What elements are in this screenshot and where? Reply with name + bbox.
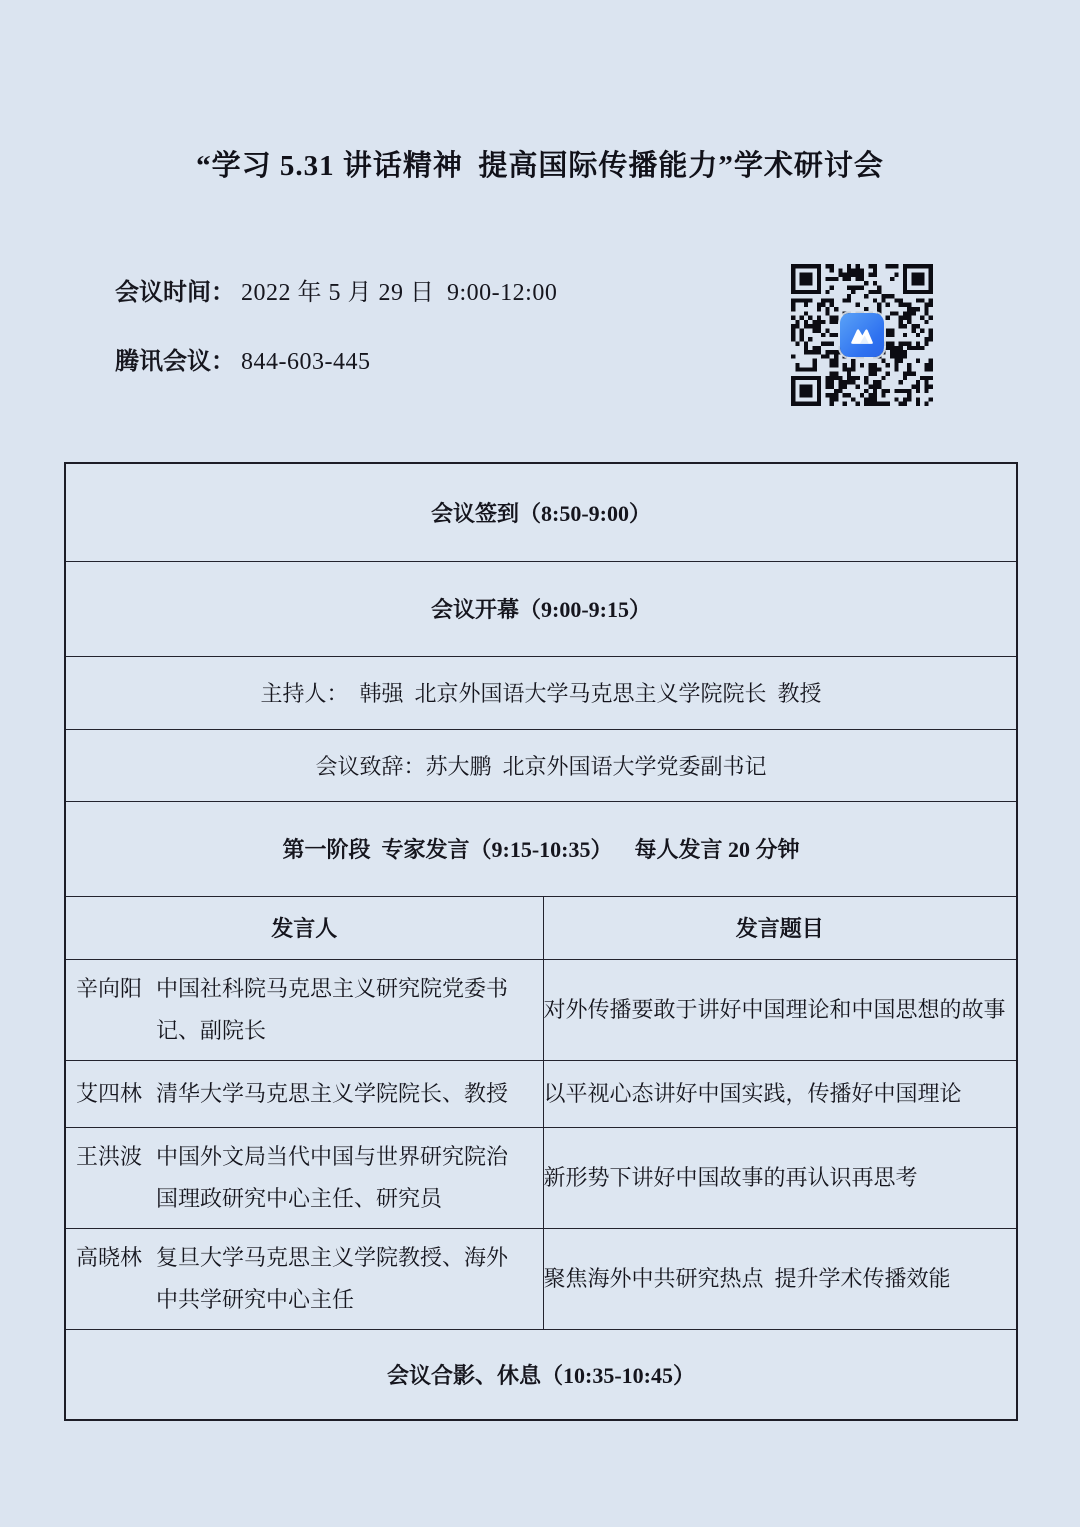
speaker-row-3: 王洪波 中国外文局当代中国与世界研究院治国理政研究中心主任、研究员 新形势下讲好… xyxy=(65,1127,1017,1228)
tencent-meeting-qr-code xyxy=(791,264,933,406)
meeting-id-value: 844-603-445 xyxy=(241,349,370,375)
speaker-name: 王洪波 xyxy=(76,1136,142,1178)
speaker-topic: 聚焦海外中共研究热点 提升学术传播效能 xyxy=(543,1228,1017,1329)
meeting-time-label: 会议时间： xyxy=(115,280,235,306)
signin-label: 会议签到（8:50-9:00） xyxy=(65,463,1017,561)
host-label: 主持人： 韩强 北京外国语大学马克思主义学院院长 教授 xyxy=(65,656,1017,729)
speaker-row-2: 艾四林 清华大学马克思主义学院院长、教授 以平视心态讲好中国实践，传播好中国理论 xyxy=(65,1060,1017,1127)
agenda-header-row: 发言人 发言题目 xyxy=(65,896,1017,959)
speaker-affiliation: 复旦大学马克思主义学院教授、海外中共学研究中心主任 xyxy=(156,1237,518,1321)
tencent-meeting-logo-icon xyxy=(840,313,884,357)
page-title: “学习 5.31 讲话精神 提高国际传播能力”学术研讨会 xyxy=(0,143,1080,184)
meeting-time-line: 会议时间： 2022 年 5 月 29 日 9:00-12:00 xyxy=(115,272,557,307)
speaker-affiliation: 中国外文局当代中国与世界研究院治国理政研究中心主任、研究员 xyxy=(156,1136,518,1220)
speaker-cell: 王洪波 中国外文局当代中国与世界研究院治国理政研究中心主任、研究员 xyxy=(65,1127,543,1228)
photo-break-label: 会议合影、休息（10:35-10:45） xyxy=(65,1329,1017,1420)
speaker-name: 辛向阳 xyxy=(76,968,142,1010)
agenda-row-opening: 会议开幕（9:00-9:15） xyxy=(65,561,1017,656)
meeting-info: 会议时间： 2022 年 5 月 29 日 9:00-12:00 腾讯会议： 8… xyxy=(115,272,557,410)
speaker-row-4: 高晓林 复旦大学马克思主义学院教授、海外中共学研究中心主任 聚焦海外中共研究热点… xyxy=(65,1228,1017,1329)
speaker-row-1: 辛向阳 中国社科院马克思主义研究院党委书记、副院长 对外传播要敢于讲好中国理论和… xyxy=(65,959,1017,1060)
speaker-topic: 对外传播要敢于讲好中国理论和中国思想的故事 xyxy=(543,959,1017,1060)
column-header-speaker: 发言人 xyxy=(65,896,543,959)
agenda-row-host: 主持人： 韩强 北京外国语大学马克思主义学院院长 教授 xyxy=(65,656,1017,729)
speaker-affiliation: 清华大学马克思主义学院院长、教授 xyxy=(156,1073,518,1115)
speaker-cell: 艾四林 清华大学马克思主义学院院长、教授 xyxy=(65,1060,543,1127)
opening-label: 会议开幕（9:00-9:15） xyxy=(65,561,1017,656)
speaker-topic: 新形势下讲好中国故事的再认识再思考 xyxy=(543,1127,1017,1228)
agenda-row-signin: 会议签到（8:50-9:00） xyxy=(65,463,1017,561)
document-page: “学习 5.31 讲话精神 提高国际传播能力”学术研讨会 会议时间： 2022 … xyxy=(0,0,1080,1527)
column-header-topic: 发言题目 xyxy=(543,896,1017,959)
meeting-id-label: 腾讯会议： xyxy=(115,349,235,375)
agenda-table: 会议签到（8:50-9:00） 会议开幕（9:00-9:15） 主持人： 韩强 … xyxy=(64,462,1018,1421)
meeting-time-value: 2022 年 5 月 29 日 9:00-12:00 xyxy=(241,280,557,306)
meeting-id-line: 腾讯会议： 844-603-445 xyxy=(115,341,557,376)
speaker-name: 艾四林 xyxy=(76,1073,142,1115)
speaker-cell: 辛向阳 中国社科院马克思主义研究院党委书记、副院长 xyxy=(65,959,543,1060)
agenda-row-stage1: 第一阶段 专家发言（9:15-10:35） 每人发言 20 分钟 xyxy=(65,801,1017,896)
speaker-topic: 以平视心态讲好中国实践，传播好中国理论 xyxy=(543,1060,1017,1127)
speaker-name: 高晓林 xyxy=(76,1237,142,1279)
address-label: 会议致辞：苏大鹏 北京外国语大学党委副书记 xyxy=(65,729,1017,801)
agenda-row-photo-break: 会议合影、休息（10:35-10:45） xyxy=(65,1329,1017,1420)
agenda-row-address: 会议致辞：苏大鹏 北京外国语大学党委副书记 xyxy=(65,729,1017,801)
speaker-cell: 高晓林 复旦大学马克思主义学院教授、海外中共学研究中心主任 xyxy=(65,1228,543,1329)
stage1-label: 第一阶段 专家发言（9:15-10:35） 每人发言 20 分钟 xyxy=(65,801,1017,896)
speaker-affiliation: 中国社科院马克思主义研究院党委书记、副院长 xyxy=(156,968,518,1052)
